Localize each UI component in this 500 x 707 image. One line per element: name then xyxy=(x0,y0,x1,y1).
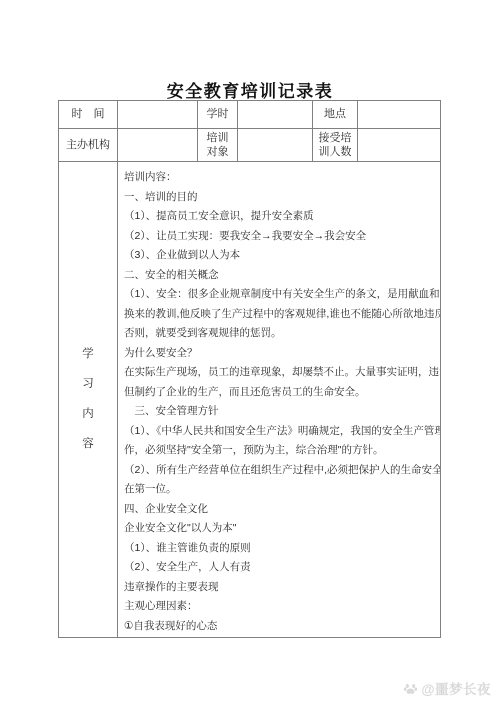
content-line: 三、安全管理方针 xyxy=(124,402,437,422)
content-line: （1）、谁主管谁负责的原则 xyxy=(124,539,437,559)
content-line: 但制约了企业的生产，而且还危害员工的生命安全。 xyxy=(124,383,437,403)
learning-content-label-char: 学 xyxy=(82,348,94,361)
time-label: 时 间 xyxy=(59,101,118,129)
organizer-label: 主办机构 xyxy=(59,129,118,162)
watermark-handle: @噩梦长夜 xyxy=(421,678,491,698)
content-line: （1）、《中华人民共和国安全生产法》明确规定，我国的安全生产管理工 xyxy=(124,422,437,442)
content-line: 二、安全的相关概念 xyxy=(124,266,437,286)
trainee-value-cell xyxy=(238,129,313,162)
location-label: 地点 xyxy=(313,101,358,129)
hours-value-cell xyxy=(238,101,313,129)
table-row-time: 时 间 学时 地点 xyxy=(59,101,440,129)
content-line: （2）、安全生产，人人有责 xyxy=(124,558,437,578)
document-page: { "page": { "title": "安全教育培训记录表" }, "for… xyxy=(0,0,500,707)
learning-content-label: 学习内容 xyxy=(59,162,118,637)
trainee-count-label: 接受培 训人数 xyxy=(313,129,358,162)
learning-content-label-char: 习 xyxy=(82,378,94,391)
page-title: 安全教育培训记录表 xyxy=(0,77,500,102)
content-line: 作，必须坚持"安全第一，预防为主，综合治理"的方针。 xyxy=(124,441,437,461)
count-label-line1: 接受培 xyxy=(319,132,352,145)
learning-content-label-char: 容 xyxy=(82,438,94,451)
time-value-cell xyxy=(118,101,198,129)
trainee-label-line1: 培训 xyxy=(207,132,229,145)
training-content-body: 培训内容：一、培训的目的（1）、提高员工安全意识，提升安全素质（2）、让员工实现… xyxy=(118,162,440,637)
table-row-organizer: 主办机构 培训 对象 接受培 训人数 xyxy=(59,129,440,162)
trainee-label: 培训 对象 xyxy=(198,129,238,162)
table-row-content: 学习内容 培训内容：一、培训的目的（1）、提高员工安全意识，提升安全素质（2）、… xyxy=(59,162,440,637)
content-line: 四、企业安全文化 xyxy=(124,500,437,520)
content-line: （2）、让员工实现：要我安全→我要安全→我会安全 xyxy=(124,227,437,247)
location-value-cell xyxy=(358,101,440,129)
content-line: （3）、企业做到以人为本 xyxy=(124,246,437,266)
watermark: @噩梦长夜 xyxy=(403,678,491,698)
content-line: （2）、所有生产经营单位在组织生产过程中,必须把保护人的生命安全放 xyxy=(124,461,437,481)
content-line: 在实际生产现场，员工的违章现象，却屡禁不止。大量事实证明，违章不 xyxy=(124,363,437,383)
learning-content-label-char: 内 xyxy=(82,408,94,421)
content-line: 为什么要安全？ xyxy=(124,344,437,364)
content-line: 企业安全文化"以人为本" xyxy=(124,519,437,539)
content-line: 在第一位。 xyxy=(124,480,437,500)
content-line: 主观心理因素： xyxy=(124,597,437,617)
content-line: 违章操作的主要表现 xyxy=(124,578,437,598)
content-line: 培训内容： xyxy=(124,168,437,188)
hours-label: 学时 xyxy=(198,101,238,129)
content-line: 换来的教训,他反映了生产过程中的客观规律,谁也不能随心所欲地违反, xyxy=(124,305,437,325)
content-line: （1）、安全：很多企业规章制度中有关安全生产的条文，是用献血和生命 xyxy=(124,285,437,305)
organizer-value-cell xyxy=(118,129,198,162)
count-label-line2: 训人数 xyxy=(319,146,352,159)
content-line: ①自我表现好的心态 xyxy=(124,617,437,637)
content-line: （1）、提高员工安全意识，提升安全素质 xyxy=(124,207,437,227)
paw-icon xyxy=(403,681,418,696)
content-line: 一、培训的目的 xyxy=(124,188,437,208)
trainee-count-value-cell xyxy=(358,129,440,162)
trainee-label-line2: 对象 xyxy=(207,146,229,159)
training-record-table: 时 间 学时 地点 主办机构 培训 对象 接受培 训人数 学习内容 培训内容：一… xyxy=(58,100,441,638)
content-line: 否则，就要受到客观规律的惩罚。 xyxy=(124,324,437,344)
